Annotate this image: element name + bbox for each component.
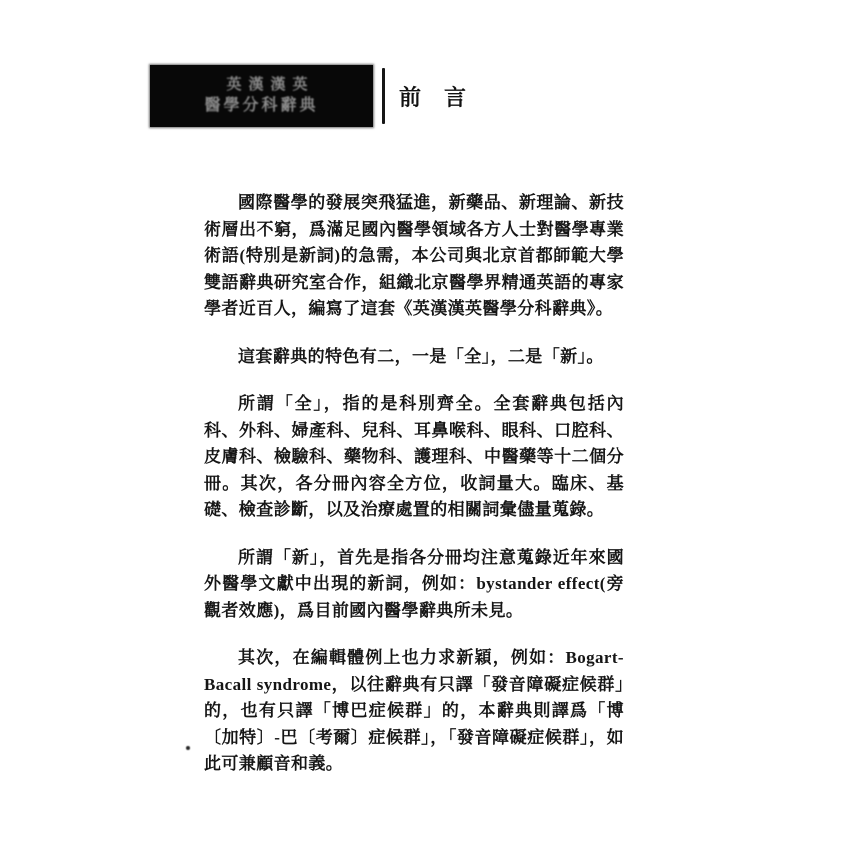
preface-paragraph: 其次，在編輯體例上也力求新穎，例如：Bogart-Bacall syndrome…	[204, 645, 624, 778]
preface-paragraph: 所謂「新」，首先是指各分冊均注意蒐錄近年來國外醫學文獻中出現的新詞，例如：bys…	[204, 545, 624, 625]
preface-heading: 前 言	[399, 81, 470, 112]
header-divider	[382, 68, 385, 124]
book-title-line1: 英漢漢英	[226, 75, 314, 95]
preface-paragraph: 國際醫學的發展突飛猛進，新藥品、新理論、新技術層出不窮，爲滿足國內醫學領域各方人…	[204, 190, 624, 323]
preface-paragraph: 這套辭典的特色有二，一是「全」，二是「新」。	[204, 344, 624, 371]
preface-body: 國際醫學的發展突飛猛進，新藥品、新理論、新技術層出不窮，爲滿足國內醫學領域各方人…	[204, 190, 624, 778]
book-title-block: 英漢漢英 醫學分科辭典	[150, 65, 373, 127]
preface-paragraph: 所謂「全」，指的是科別齊全。全套辭典包括內科、外科、婦產科、兒科、耳鼻喉科、眼科…	[204, 391, 624, 524]
book-title-line2: 醫學分科辭典	[204, 95, 318, 117]
page-header: 英漢漢英 醫學分科辭典 前 言	[150, 65, 470, 127]
scanned-book-page: 英漢漢英 醫學分科辭典 前 言 國際醫學的發展突飛猛進，新藥品、新理論、新技術層…	[0, 0, 850, 850]
scan-speck	[186, 746, 190, 750]
